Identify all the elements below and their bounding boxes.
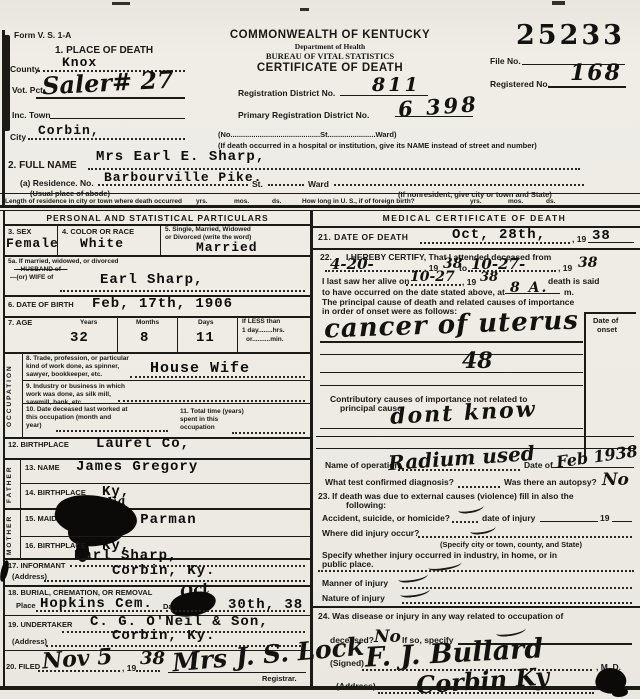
- manner-line: [402, 587, 632, 589]
- rule: [20, 536, 311, 537]
- ds-label-2: ds.: [546, 198, 555, 205]
- st-label: St.: [252, 179, 263, 189]
- informant-value: Earl Sharp,: [74, 548, 177, 564]
- mother-vertical-label: MOTHER: [6, 512, 13, 558]
- left-edge-bar: [2, 35, 10, 131]
- wife-of-label: —(or) WIFE of: [10, 274, 53, 281]
- contributory-line: [320, 428, 583, 429]
- age-label: 7. AGE: [8, 318, 32, 327]
- husband-of-label: —HUSBAND of—: [14, 266, 67, 273]
- rule: [4, 508, 311, 510]
- filed-19-label: , 19: [122, 663, 136, 673]
- informant-address-line: [44, 580, 305, 582]
- rule: [22, 380, 311, 381]
- burial-place-line: [36, 610, 162, 612]
- accident-line: [452, 521, 478, 523]
- cell-divider: [57, 224, 58, 255]
- undertaker-address-label: (Address): [12, 637, 47, 646]
- rule: [4, 585, 311, 587]
- last-worked-label: 10. Date deceased last worked at this oc…: [26, 406, 128, 430]
- vot-pct-value: Saler# 27: [41, 65, 174, 101]
- trade-label: 8. Trade, profession, or particular kind…: [26, 355, 129, 379]
- table-left-border: [3, 210, 5, 688]
- inc-town-line: [50, 118, 185, 119]
- onset-value: 48: [462, 348, 493, 374]
- test-line: [458, 486, 500, 488]
- informant-address-value: Corbin, Ky.: [112, 563, 215, 579]
- death-said-label: death is said: [548, 276, 600, 286]
- last-worked-line: [56, 430, 168, 432]
- pen-scribble: [400, 585, 431, 598]
- physician-address-line: [378, 692, 594, 694]
- dob-value: Feb, 17th, 1906: [92, 296, 233, 312]
- date-of-death-label: 21. DATE OF DEATH: [318, 232, 408, 242]
- yrs-label: yrs.: [196, 198, 208, 205]
- birthplace-value: Laurel Co,: [96, 436, 190, 452]
- filed-label: 20. FILED: [6, 662, 40, 671]
- age-years-value: 32: [70, 330, 89, 346]
- years-label: Years: [80, 319, 97, 326]
- specify-whether-label-2: public place.: [322, 559, 374, 569]
- last-saw-year: 38: [480, 270, 498, 285]
- ink-blot: [612, 688, 628, 697]
- s24-label: 24. Was disease or injury in any way rel…: [318, 611, 563, 621]
- operation-date-label: Date of: [524, 460, 553, 470]
- ward-label: Ward: [308, 179, 329, 189]
- test-label: What test confirmed diagnosis?: [325, 477, 454, 487]
- dod-19-label: , 19: [572, 234, 586, 244]
- certificate-stamp-number: 25233: [516, 20, 625, 51]
- days-label: Days: [198, 319, 214, 326]
- operation-date-line: [552, 467, 634, 468]
- nature-line: [402, 602, 632, 604]
- certificate-title: CERTIFICATE OF DEATH: [200, 62, 460, 74]
- full-name-value: Mrs Earl E. Sharp,: [96, 149, 265, 165]
- pen-scribble: [458, 502, 485, 515]
- separator-line: [316, 436, 634, 437]
- right-column-title: MEDICAL CERTIFICATE OF DEATH: [313, 213, 636, 223]
- nature-of-injury-label: Nature of injury: [322, 593, 385, 603]
- trade-value: House Wife: [150, 360, 250, 377]
- primary-registration-value: 6 398: [397, 91, 479, 122]
- father-name-label: 13. NAME: [25, 463, 60, 472]
- primary-registration-label: Primary Registration District No.: [238, 110, 369, 120]
- cell-divider: [22, 352, 23, 437]
- cause-line: [320, 341, 583, 343]
- burial-place-label: Place: [16, 601, 36, 610]
- injury-date-label: date of injury: [482, 513, 535, 523]
- registration-district-value: 811: [372, 74, 421, 96]
- injury-date-line: [540, 521, 598, 522]
- last-saw-19-label: , 19: [462, 277, 476, 287]
- registrar-signature-line: [168, 672, 306, 673]
- rule: [4, 224, 311, 226]
- cell-divider: [117, 316, 118, 352]
- father-vertical-label: FATHER: [6, 462, 13, 506]
- or-min-label: or..........min.: [246, 336, 284, 343]
- stray-mark: [0, 559, 11, 582]
- marital-value: Married: [196, 240, 258, 255]
- to-word: to: [459, 263, 467, 273]
- occupation-vertical-label: OCCUPATION: [6, 358, 13, 434]
- registration-district-label: Registration District No.: [238, 88, 335, 98]
- death-time-line: [505, 293, 560, 294]
- industry-line: [118, 400, 305, 402]
- occurred-label: to have occurred on the date stated abov…: [322, 287, 505, 297]
- father-name-value: James Gregory: [76, 459, 198, 475]
- city-line: [28, 138, 185, 140]
- length-residence-label: Length of residence in city or town wher…: [5, 198, 182, 205]
- last-saw-label: I last saw her alive on: [322, 276, 409, 286]
- cause-line-3: [320, 372, 583, 373]
- column-divider: [310, 210, 313, 688]
- file-no-label: File No.: [490, 56, 521, 66]
- spouse-value: Earl Sharp,: [100, 272, 203, 288]
- cause-line-4: [320, 385, 583, 386]
- m-label: m.: [564, 287, 574, 297]
- department-line: Department of Health: [200, 42, 460, 51]
- age-months-value: 8: [140, 330, 149, 346]
- where-injury-line: [418, 536, 632, 538]
- autopsy-label: Was there an autopsy?: [504, 477, 597, 487]
- undertaker-address-value: Corbin, Ky.: [112, 628, 215, 644]
- full-name-label: 2. FULL NAME: [8, 160, 77, 171]
- city-label: City: [10, 132, 26, 142]
- city-value: Corbin,: [38, 123, 100, 138]
- injury-19-line: [612, 521, 632, 522]
- residence-line: [98, 184, 248, 186]
- months-label: Months: [136, 319, 159, 326]
- registered-no-line: [548, 86, 626, 88]
- filed-year-line: [136, 670, 160, 672]
- county-label: County: [10, 64, 39, 74]
- ds-label: ds.: [272, 198, 281, 205]
- yrs-label-2: yrs.: [470, 198, 482, 205]
- vot-pct-line: [36, 97, 185, 99]
- inc-town-label: Inc. Town: [12, 110, 51, 120]
- race-value: White: [80, 236, 124, 251]
- vot-pct-label: Vot. Pct.: [12, 85, 45, 95]
- manner-of-injury-label: Manner of injury: [322, 578, 388, 588]
- physician-address-label: (Address): [336, 681, 376, 691]
- rule: [22, 403, 311, 404]
- commonwealth-title: COMMONWEALTH OF KENTUCKY: [200, 29, 460, 41]
- autopsy-value: No: [602, 470, 629, 490]
- burial-date-line: [166, 610, 305, 612]
- cell-divider: [160, 224, 161, 255]
- rule: [4, 255, 311, 257]
- birthplace-label: 12. BIRTHPLACE: [8, 440, 69, 449]
- if-less-label: If LESS than: [242, 318, 280, 325]
- race-label: 4. COLOR OR RACE: [62, 227, 134, 236]
- undertaker-label: 19. UNDERTAKER: [8, 620, 72, 629]
- separator-dotted: [318, 570, 634, 572]
- mos-label: mos.: [234, 198, 249, 205]
- sex-label: 3. SEX: [8, 227, 31, 236]
- form-number: Form V. S. 1-A: [14, 30, 71, 40]
- rule: [313, 248, 640, 250]
- date-of-death-line: [420, 242, 570, 244]
- left-column-title: PERSONAL AND STATISTICAL PARTICULARS: [4, 213, 311, 223]
- attended-to-year: 38: [578, 255, 597, 271]
- operation-line: [398, 469, 520, 471]
- date-of-onset-label-2: onset: [597, 325, 617, 334]
- hospital-note: (If death occurred in a hospital or inst…: [218, 141, 537, 150]
- ward-line: [334, 184, 584, 186]
- one-day-hrs-label: 1 day........hrs.: [242, 327, 285, 334]
- cell-divider: [237, 316, 238, 352]
- residence-label: (a) Residence. No.: [20, 178, 94, 188]
- injury-19-label: 19: [600, 513, 609, 523]
- pen-scribble: [398, 570, 429, 583]
- onset-box-top-border: [584, 312, 636, 314]
- mos-label-2: mos.: [508, 198, 523, 205]
- trade-line: [130, 376, 305, 378]
- dob-label: 6. DATE OF BIRTH: [8, 300, 74, 309]
- county-value: Knox: [62, 55, 97, 70]
- to-19-label: , 19: [558, 263, 572, 273]
- signed-label: (Signed): [330, 658, 364, 668]
- date-of-onset-label-1: Date of: [593, 316, 618, 325]
- total-time-line: [232, 432, 305, 434]
- informant-label: 17. INFORMANT: [8, 561, 66, 570]
- rule: [20, 483, 311, 484]
- total-time-label: 11. Total time (years) spent in this occ…: [180, 408, 244, 432]
- cause-line-2: [320, 354, 583, 355]
- death-certificate-scan: Form V. S. 1-A 1. PLACE OF DEATH County …: [0, 0, 640, 699]
- residence-value: Barbourville Pike.: [104, 170, 262, 185]
- registrar-label: Registrar.: [262, 674, 297, 683]
- cell-divider: [20, 508, 21, 560]
- registered-no-label: Registered No.: [490, 79, 550, 89]
- st-line: [268, 184, 304, 186]
- dod-year-line: [588, 242, 634, 243]
- last-saw-line: [406, 284, 461, 286]
- filed-date-line: [38, 670, 120, 672]
- heavy-rule: [0, 205, 640, 208]
- accident-label: Accident, suicide, or homicide?: [322, 513, 450, 523]
- cell-divider: [177, 316, 178, 352]
- primary-registration-line: [395, 116, 473, 117]
- scan-speck: [552, 1, 565, 5]
- date-of-death-value: Oct, 28th,: [452, 227, 546, 243]
- last-saw-date: 10-27: [410, 269, 455, 285]
- spouse-line: [60, 290, 305, 292]
- pen-scribble: [470, 523, 497, 536]
- rule: [0, 210, 640, 211]
- specify-city-note: (Specify city or town, county, and State…: [440, 540, 582, 549]
- scan-speck: [112, 2, 130, 5]
- bureau-line: BUREAU OF VITAL STATISTICS: [200, 51, 460, 61]
- s5a-label: 5a. If married, widowed, or divorced: [8, 258, 119, 265]
- attended-from-line: [325, 270, 421, 272]
- where-injury-label: Where did injury occur?: [322, 528, 419, 538]
- rule: [4, 352, 311, 354]
- filed-year-value: 38: [140, 648, 165, 669]
- rule: [0, 193, 640, 194]
- rule: [313, 606, 640, 608]
- age-days-value: 11: [196, 330, 215, 346]
- registered-no-value: 168: [570, 60, 622, 86]
- how-long-us-label: How long in U. S., if of foreign birth?: [302, 198, 415, 205]
- s23-label-2: following:: [346, 500, 386, 510]
- informant-address-label: (Address): [12, 572, 47, 581]
- no-st-ward-note: (No.....................................…: [218, 130, 397, 139]
- sex-value: Female: [6, 236, 59, 251]
- scan-speck: [300, 8, 309, 11]
